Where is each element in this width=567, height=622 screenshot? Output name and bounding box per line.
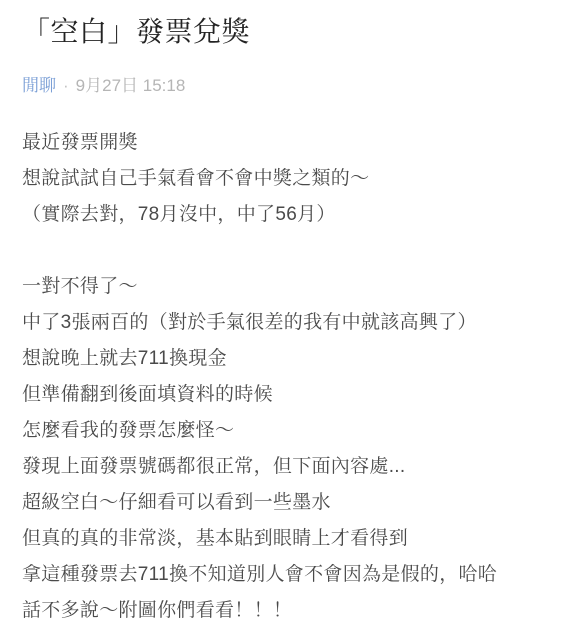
post-line: 怎麼看我的發票怎麼怪～: [22, 413, 547, 449]
post-line: 中了3張兩百的（對於手氣很差的我有中就該高興了）: [22, 305, 547, 341]
post-line-blank: [22, 233, 547, 269]
post-line: 但真的真的非常淡，基本貼到眼睛上才看得到: [22, 521, 547, 557]
meta-separator: ·: [63, 76, 69, 96]
post-title: 「空白」發票兌獎: [22, 14, 547, 50]
post-line: 一對不得了～: [22, 269, 547, 305]
post-timestamp: 9月27日 15:18: [76, 76, 186, 96]
post-line: 想說晚上就去711換現金: [22, 341, 547, 377]
post-line: 超級空白～仔細看可以看到一些墨水: [22, 485, 547, 521]
post-line: 最近發票開獎: [22, 125, 547, 161]
post-line: 發現上面發票號碼都很正常，但下面內容處...: [22, 449, 547, 485]
post-body: 最近發票開獎 想說試試自己手氣看會不會中獎之類的～ （實際去對，78月沒中，中了…: [22, 125, 547, 622]
post-line: 拿這種發票去711換不知道別人會不會因為是假的，哈哈: [22, 557, 547, 593]
forum-category-link[interactable]: 閒聊: [22, 76, 56, 96]
post-line: 但準備翻到後面填資料的時候: [22, 377, 547, 413]
post-line: 話不多說～附圖你們看看！！！: [22, 593, 547, 622]
post-meta: 閒聊 · 9月27日 15:18: [22, 76, 547, 96]
post-page: 「空白」發票兌獎 閒聊 · 9月27日 15:18 最近發票開獎 想說試試自己手…: [0, 0, 567, 622]
post-line: （實際去對，78月沒中，中了56月）: [22, 197, 547, 233]
post-line: 想說試試自己手氣看會不會中獎之類的～: [22, 161, 547, 197]
